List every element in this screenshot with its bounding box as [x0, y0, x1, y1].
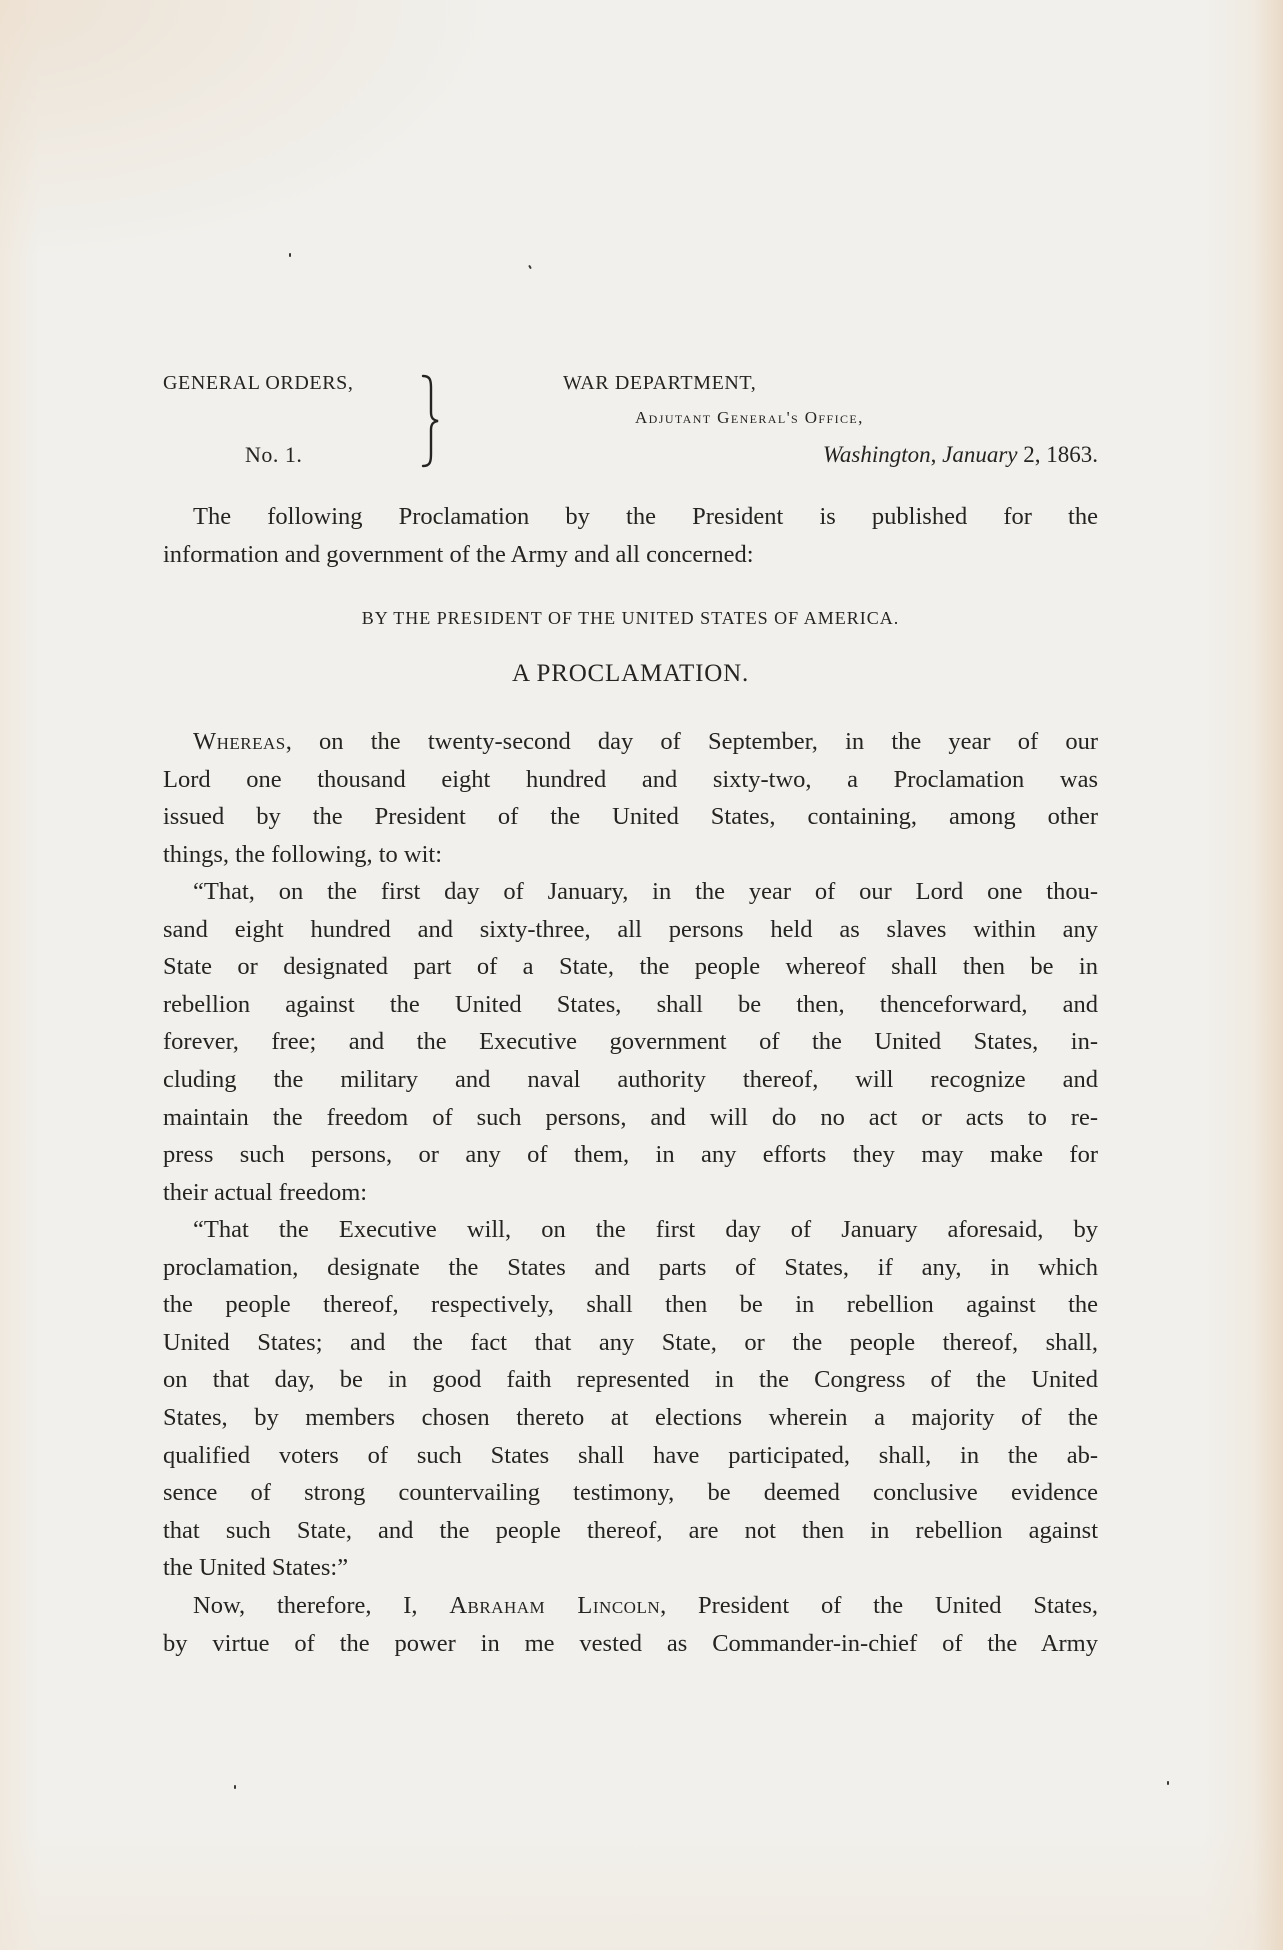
text-line: Now, therefore, I, Abraham Lincoln, Pres… [163, 1587, 1098, 1625]
text-line: “That, on the first day of January, in t… [163, 873, 1098, 911]
text-line: on that day, be in good faith represente… [163, 1361, 1098, 1399]
text-span: , President of the United States, [660, 1592, 1098, 1619]
text-line: their actual freedom: [163, 1174, 1098, 1212]
text-line: the people thereof, respectively, shall … [163, 1286, 1098, 1324]
text-line: forever, free; and the Executive governm… [163, 1023, 1098, 1061]
text-span: , on the twenty-second day of September,… [286, 728, 1098, 755]
text-line: qualified voters of such States shall ha… [163, 1437, 1098, 1475]
text-line: press such persons, or any of them, in a… [163, 1136, 1098, 1174]
intro-paragraph: The following Proclamation by the Presid… [163, 498, 1098, 573]
text-line: Whereas, on the twenty-second day of Sep… [163, 723, 1098, 761]
text-line: Lord one thousand eight hundred and sixt… [163, 761, 1098, 799]
quoted-paragraph-2: “That the Executive will, on the first d… [163, 1211, 1098, 1587]
quoted-paragraph-1: “That, on the first day of January, in t… [163, 873, 1098, 1211]
text-line: issued by the President of the United St… [163, 798, 1098, 836]
text-line: State or designated part of a State, the… [163, 948, 1098, 986]
whereas-lead: Whereas [193, 728, 286, 755]
text-line: “That the Executive will, on the first d… [163, 1211, 1098, 1249]
scan-speck [289, 253, 291, 257]
text-line: things, the following, to wit: [163, 836, 1098, 874]
dateline-place: Washington [823, 442, 931, 467]
scan-speck [1167, 1781, 1169, 1785]
text-line: maintain the freedom of such persons, an… [163, 1099, 1098, 1137]
text-line: cluding the military and naval authority… [163, 1061, 1098, 1099]
text-line: rebellion against the United States, sha… [163, 986, 1098, 1024]
text-line: The following Proclamation by the Presid… [163, 498, 1098, 536]
dateline-separator: , [931, 442, 943, 467]
signatory-name: Abraham Lincoln [449, 1592, 660, 1619]
dateline: Washington, January 2, 1863. [823, 442, 1098, 468]
general-orders-label: GENERAL ORDERS, [163, 372, 353, 395]
text-line: that such State, and the people thereof,… [163, 1512, 1098, 1550]
byline: BY THE PRESIDENT OF THE UNITED STATES OF… [163, 608, 1098, 629]
now-therefore-paragraph: Now, therefore, I, Abraham Lincoln, Pres… [163, 1587, 1098, 1662]
text-line: the United States:” [163, 1549, 1098, 1587]
text-line: by virtue of the power in me vested as C… [163, 1625, 1098, 1663]
text-line: information and government of the Army a… [163, 536, 1098, 574]
scan-speck [528, 265, 532, 269]
whereas-paragraph: Whereas, on the twenty-second day of Sep… [163, 723, 1098, 873]
text-line: United States; and the fact that any Sta… [163, 1324, 1098, 1362]
orders-header: GENERAL ORDERS, No. 1. WAR DEPARTMENT, A… [163, 366, 1098, 476]
scan-speck [234, 1785, 236, 1789]
department-label: WAR DEPARTMENT, [563, 372, 756, 395]
dateline-month: January [942, 442, 1017, 467]
orders-number: No. 1. [245, 442, 302, 468]
right-brace-icon [421, 374, 439, 468]
text-line: States, by members chosen thereto at ele… [163, 1399, 1098, 1437]
text-line: proclamation, designate the States and p… [163, 1249, 1098, 1287]
office-label: Adjutant General's Office, [635, 408, 864, 428]
proclamation-title: A PROCLAMATION. [163, 660, 1098, 688]
dateline-rest: 2, 1863. [1018, 442, 1099, 467]
text-line: sence of strong countervailing testimony… [163, 1474, 1098, 1512]
text-span: Now, therefore, I, [193, 1592, 449, 1619]
text-line: sand eight hundred and sixty-three, all … [163, 911, 1098, 949]
